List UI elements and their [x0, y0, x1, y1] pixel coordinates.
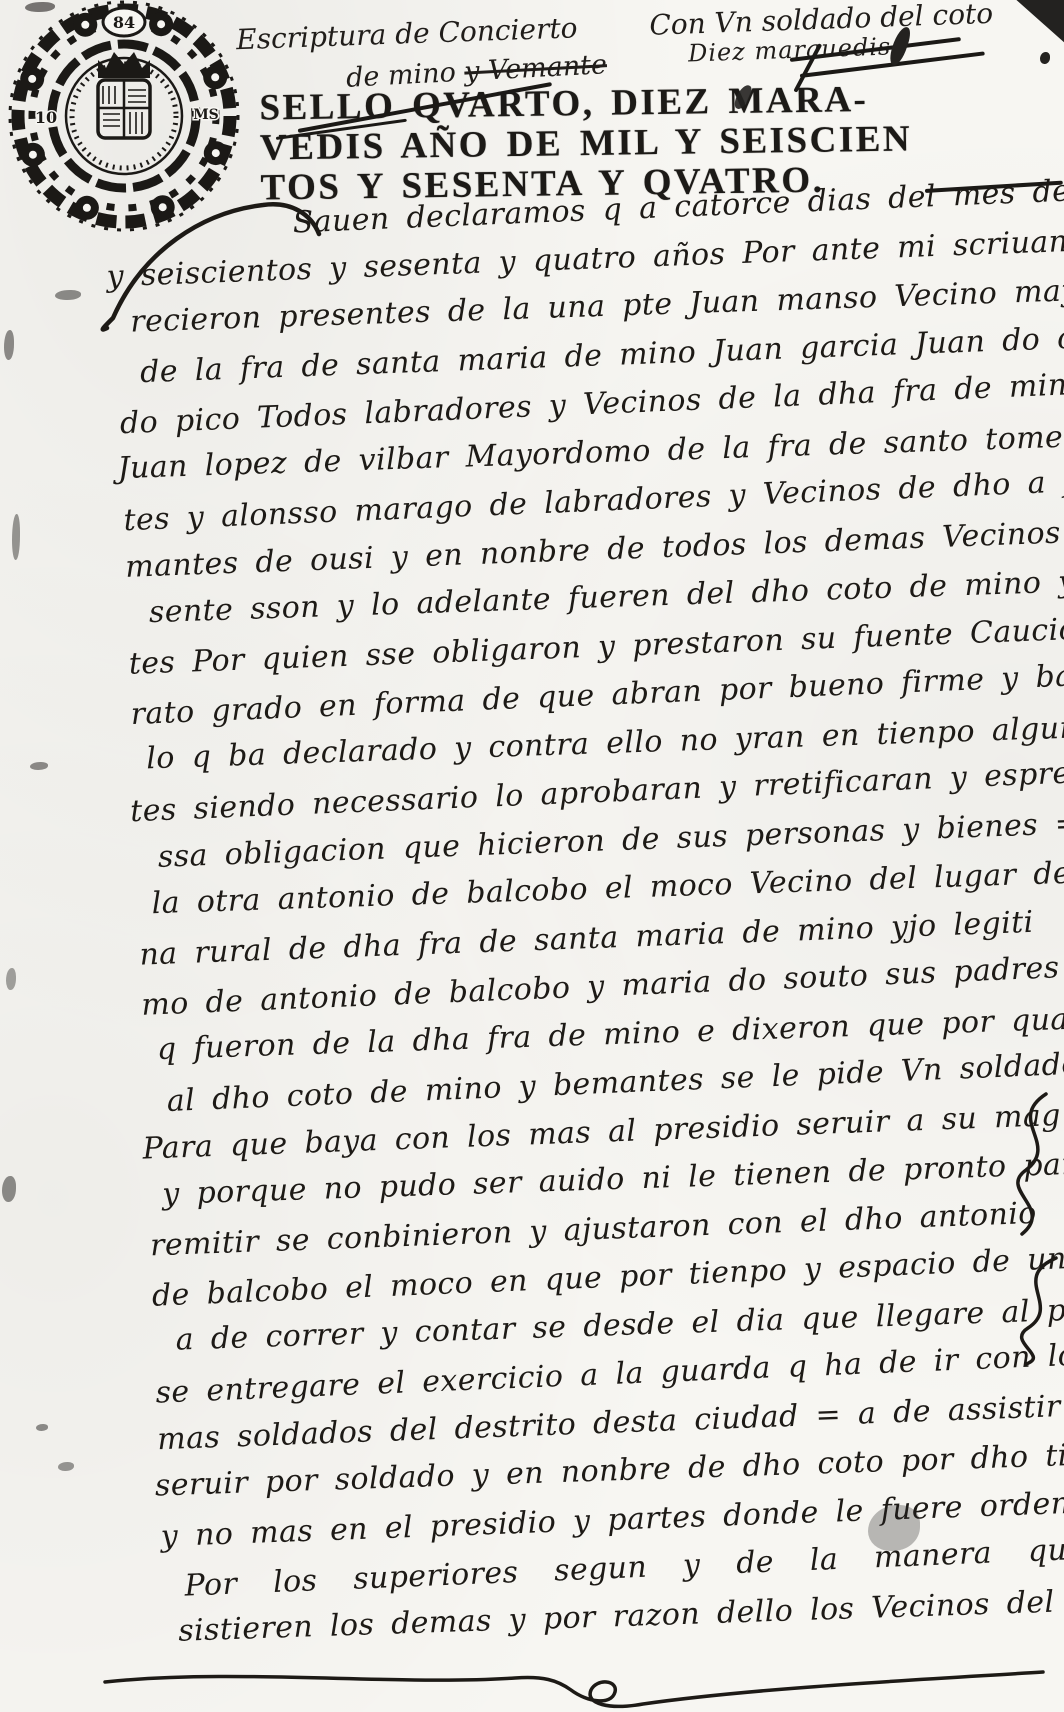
- ink-blot: [1040, 52, 1050, 64]
- seal-right-label: MS: [193, 107, 219, 123]
- scan-corner-shadow: [1006, 0, 1064, 48]
- seal-shield: [98, 80, 150, 138]
- closing-rule-flourish: [95, 1652, 1063, 1710]
- seal-left-number: 10: [35, 108, 57, 127]
- annotation-left: Escriptura de Concierto: [236, 11, 578, 56]
- manuscript-page: 84 10 MS Escriptura de ConciertoCon Vn s…: [0, 0, 1064, 1712]
- right-margin-flourish: [1000, 1252, 1064, 1368]
- right-margin-flourish: [988, 1086, 1064, 1246]
- manuscript-body: Sauen declaramos q a catorce dias del me…: [0, 164, 1064, 1662]
- seal-crown: [98, 52, 150, 78]
- ink-speck: [6, 968, 16, 990]
- ink-speck: [2, 1176, 16, 1202]
- annotation-struck-word: y Vemante: [464, 49, 608, 87]
- seal-top-number: 84: [113, 13, 135, 32]
- annotation-gap: [578, 35, 650, 38]
